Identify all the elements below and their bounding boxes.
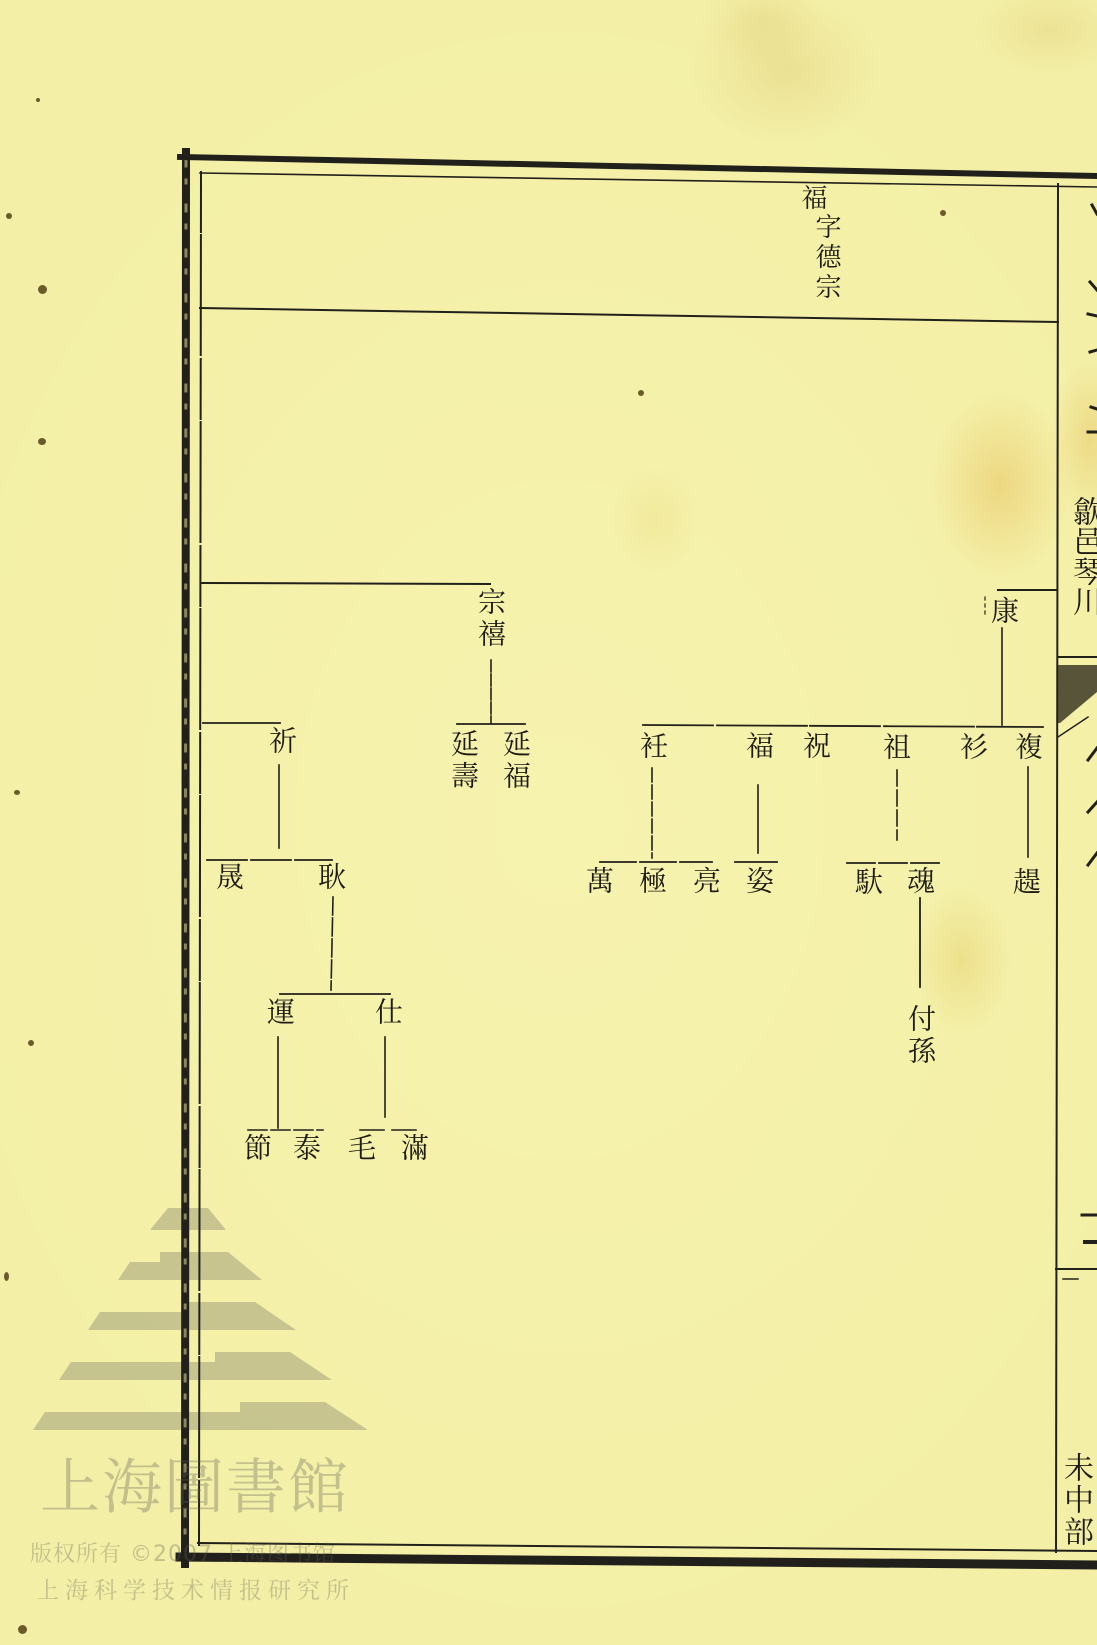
clipped-glyph-stroke	[1088, 802, 1097, 812]
person-node: 泰	[289, 1133, 321, 1165]
frame-outer-top	[180, 157, 1097, 176]
person-node: 萬	[582, 866, 614, 898]
person-node: 付孫	[904, 1004, 936, 1068]
person-node: 極	[635, 866, 667, 898]
person-node: 祈	[265, 726, 297, 758]
person-node: 節	[240, 1133, 272, 1165]
header-name: 福	[797, 184, 827, 214]
clipped-glyph-stroke	[1088, 853, 1097, 865]
person-node: 運	[263, 997, 295, 1029]
person-node: 福	[742, 731, 774, 763]
margin-title: 歙邑琴川	[1066, 496, 1097, 616]
header-courtesy-name: 字德宗	[811, 213, 841, 303]
clipped-glyph-stroke	[1090, 282, 1097, 290]
fishtail-block	[1058, 665, 1097, 723]
person-node: 仕	[371, 997, 403, 1029]
person-node: 滿	[397, 1133, 429, 1165]
person-node: 衫	[956, 732, 988, 764]
clipped-glyph-stroke	[1088, 314, 1097, 316]
person-node: 耿	[314, 862, 346, 894]
connector-line	[202, 583, 490, 584]
connector-line	[331, 897, 333, 990]
person-node: 康	[987, 596, 1019, 628]
margin-column-rule	[1056, 184, 1058, 1552]
watermark-copyright: 版权所有 ©2007 上海图书馆	[30, 1541, 336, 1569]
watermark-institute: 上海科学技术情报研究所	[36, 1577, 355, 1605]
margin-footer: 未中部	[1057, 1452, 1091, 1548]
person-node: 延壽	[447, 729, 479, 793]
clipped-glyph-stroke	[1092, 205, 1097, 214]
watermark-library-name: 上海圖書館	[40, 1452, 350, 1524]
frame-inner-left	[199, 172, 201, 1545]
person-node: 魂	[903, 866, 935, 898]
person-node: 趧	[1009, 867, 1041, 899]
person-node: 馱	[851, 867, 883, 899]
person-node: 祝	[799, 731, 831, 763]
person-node: 亮	[689, 866, 721, 898]
person-node: 延福	[499, 729, 531, 793]
connector-line	[643, 725, 1043, 727]
person-node: 姿	[742, 866, 774, 898]
person-node: 祖	[879, 732, 911, 764]
person-node: 毛	[344, 1133, 376, 1165]
person-node: 晟	[212, 862, 244, 894]
clipped-glyph-stroke	[1091, 407, 1097, 409]
person-node: 衽	[636, 731, 668, 763]
person-node: 複	[1011, 732, 1043, 764]
header-row-divider	[200, 308, 1058, 322]
clipped-glyph-stroke	[1088, 748, 1097, 760]
page-frame	[0, 0, 1097, 1645]
clipped-glyph-stroke	[1090, 350, 1097, 352]
person-node: 宗禧	[474, 587, 506, 651]
